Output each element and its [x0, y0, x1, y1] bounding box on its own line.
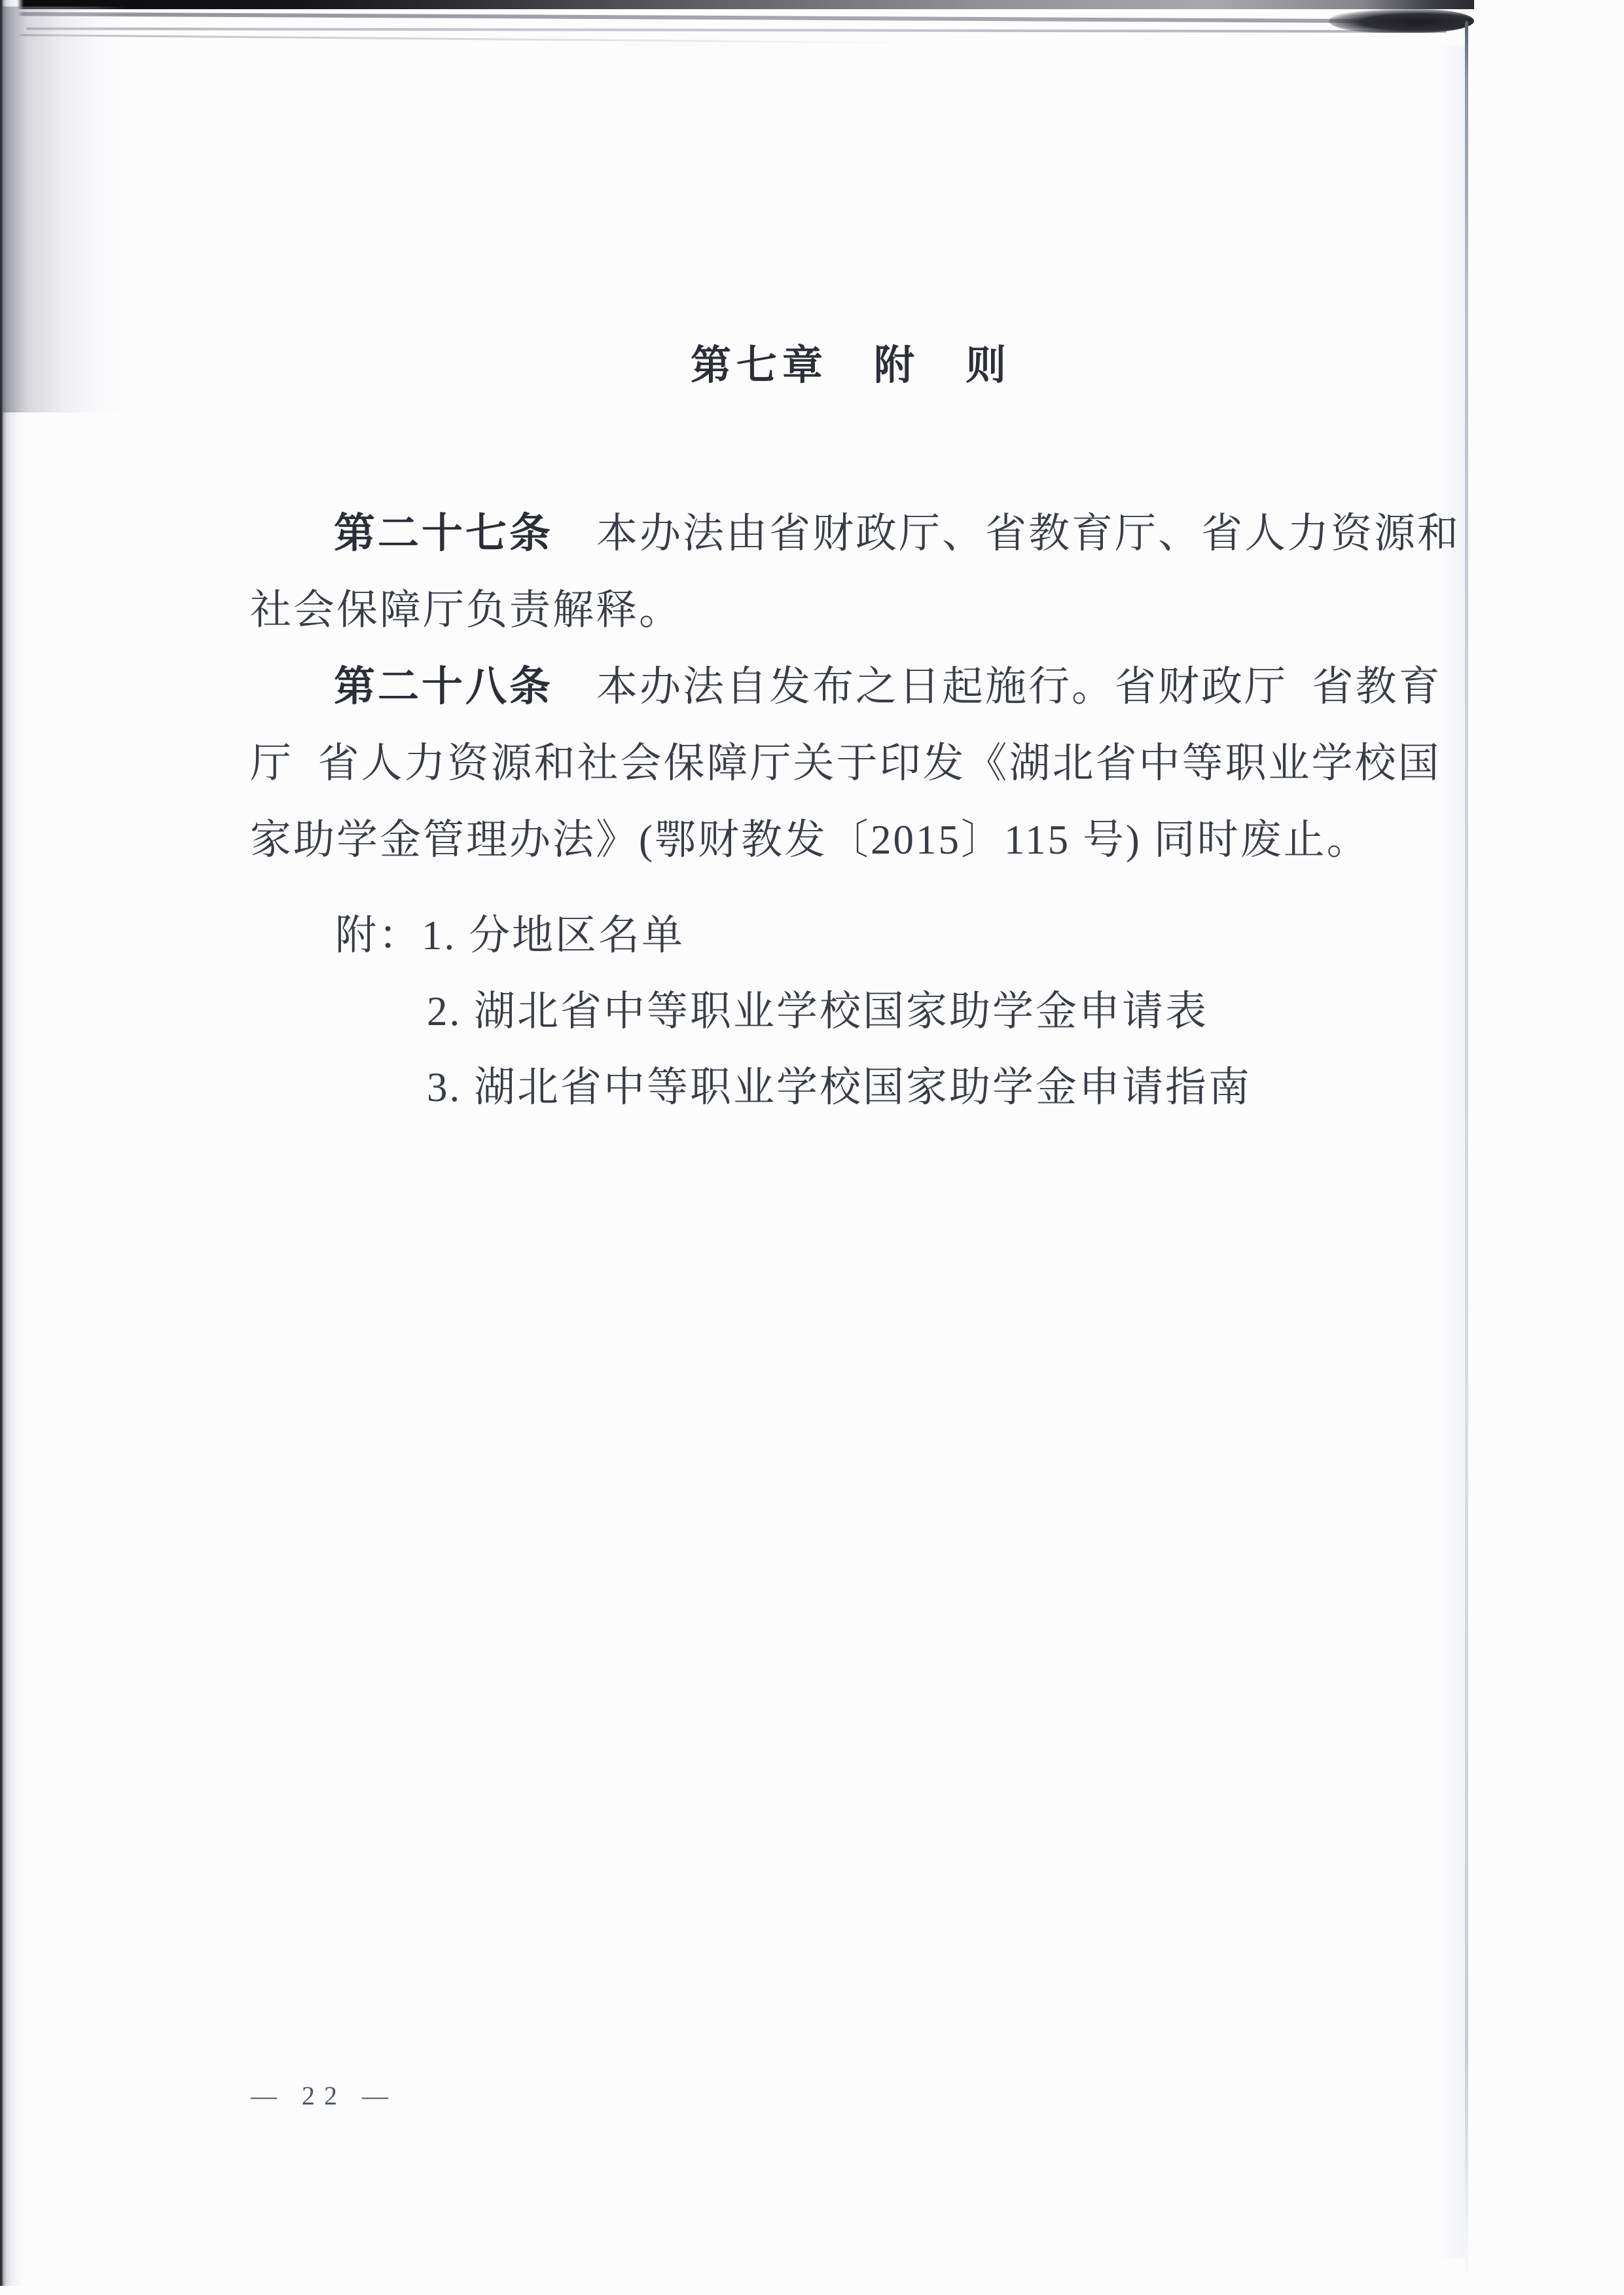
attachment-list-item: 2. 湖北省中等职业学校国家助学金申请表 — [427, 985, 1208, 1038]
page-number: — 22 — — [251, 2080, 397, 2111]
scanned-document-page: 第七章 附 则 第二十七条本办法由省财政厅、省教育厅、省人力资源和 社会保障厅负… — [0, 0, 1624, 2295]
paragraph-line: 厅 省人力资源和社会保障厅关于印发《湖北省中等职业学校国 — [250, 737, 1441, 789]
page-edge-line — [1465, 21, 1468, 2281]
scan-paper-curl-line — [12, 12, 1445, 23]
attachment-list-item: 3. 湖北省中等职业学校国家助学金申请指南 — [427, 1061, 1252, 1113]
paragraph-line: 社会保障厅负责解释。 — [250, 584, 682, 636]
body-text: 社会保障厅负责解释。 — [250, 587, 682, 633]
scan-shadow-blob — [1329, 9, 1474, 33]
scan-paper-curl-line — [26, 27, 1447, 33]
paragraph-line: 第二十八条本办法自发布之日起施行。省财政厅 省教育 — [334, 660, 1442, 713]
scan-paper-curl-line — [7, 34, 923, 44]
article-number: 第二十七条 — [334, 511, 553, 556]
paragraph-line: 家助学金管理办法》(鄂财教发〔2015〕115 号) 同时废止。 — [250, 814, 1370, 866]
scan-edge-top — [0, 0, 1474, 9]
body-text: 厅 省人力资源和社会保障厅关于印发《湖北省中等职业学校国 — [250, 740, 1441, 786]
scan-edge-left-shadow — [3, 7, 127, 412]
body-text: 2. 湖北省中等职业学校国家助学金申请表 — [427, 988, 1208, 1034]
body-text: 附：1. 分地区名单 — [335, 913, 685, 958]
body-text: 本办法自发布之日起施行。省财政厅 省教育 — [596, 664, 1442, 710]
chapter-title: 第七章 附 则 — [249, 340, 1453, 391]
body-text: 家助学金管理办法》(鄂财教发〔2015〕115 号) 同时废止。 — [250, 817, 1370, 863]
paragraph-line: 第二十七条本办法由省财政厅、省教育厅、省人力资源和 — [334, 507, 1460, 560]
attachment-list-intro: 附：1. 分地区名单 — [335, 909, 685, 962]
body-text: 3. 湖北省中等职业学校国家助学金申请指南 — [427, 1064, 1252, 1110]
body-text: 本办法由省财政厅、省教育厅、省人力资源和 — [596, 511, 1460, 556]
article-number: 第二十八条 — [334, 664, 553, 710]
